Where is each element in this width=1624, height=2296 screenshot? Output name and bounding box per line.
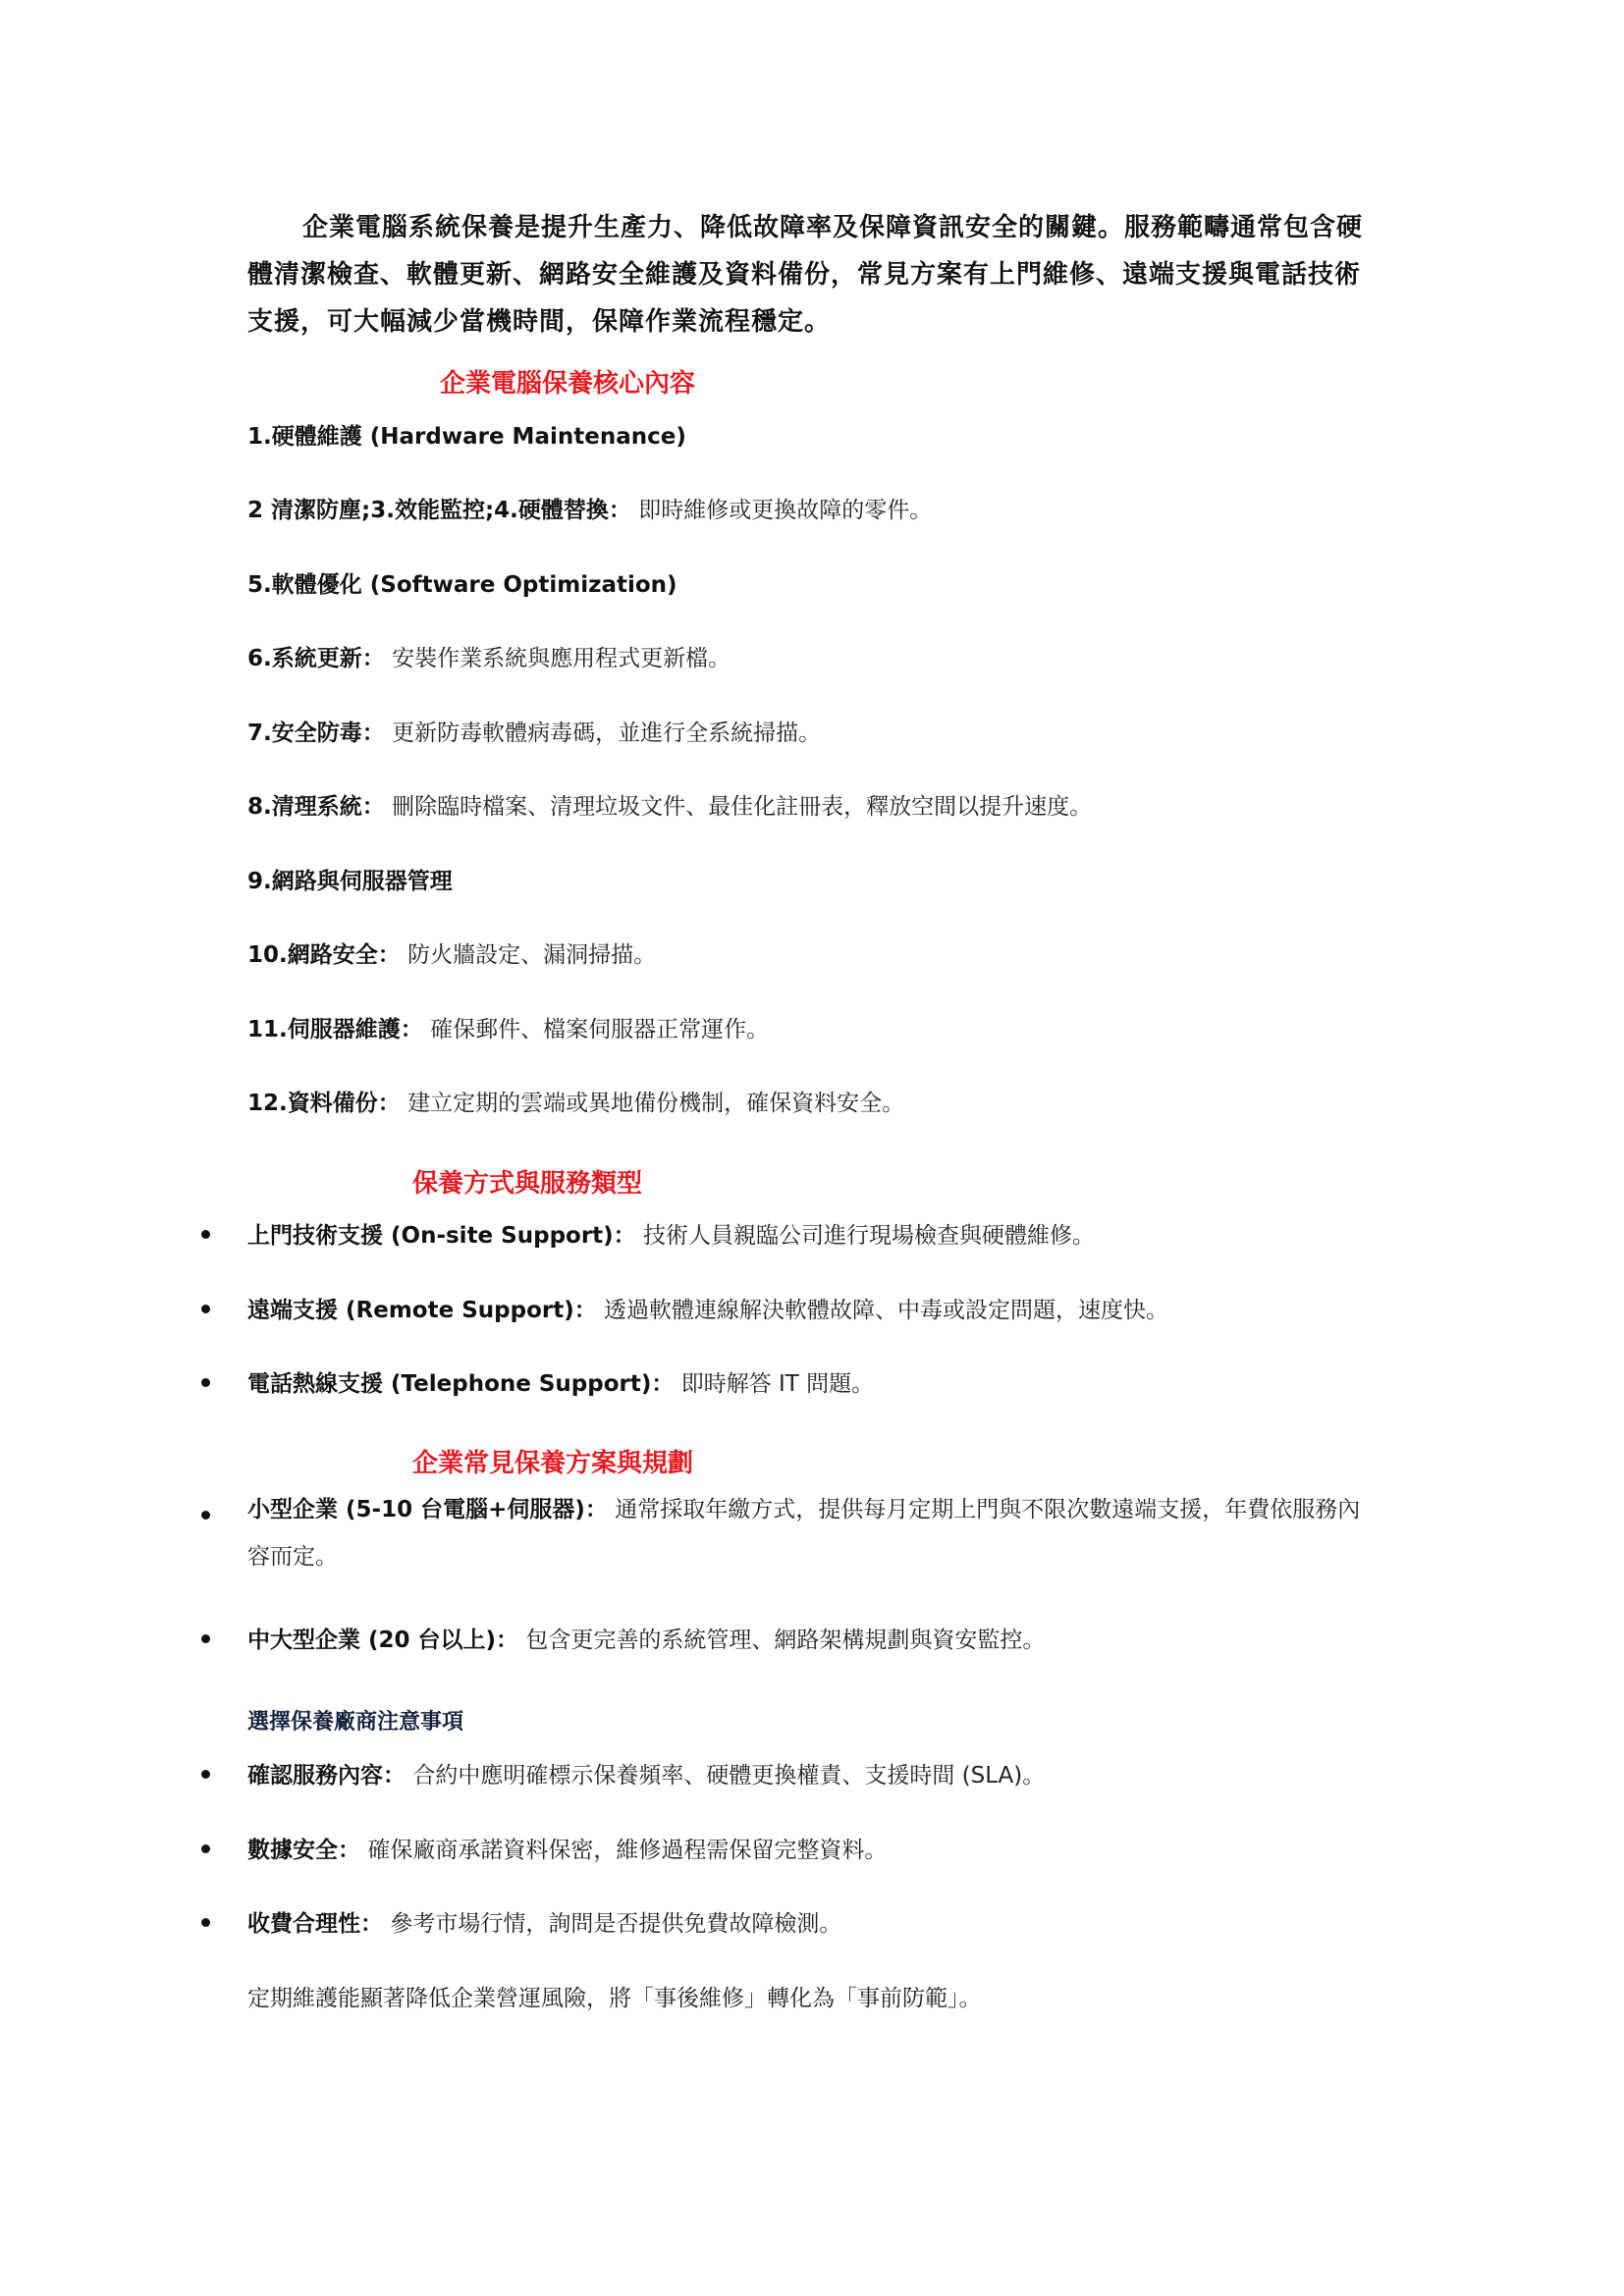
bullet-icon bbox=[201, 1230, 210, 1239]
intro-paragraph: 企業電腦系統保養是提升生產力、降低故障率及保障資訊安全的關鍵。服務範疇通常包含硬… bbox=[247, 204, 1386, 346]
service-item-onsite: 上門技術支援 (On-site Support)： 技術人員親臨公司進行現場檢查… bbox=[247, 1217, 1095, 1250]
core-item-7: 7.安全防毒： 更新防毒軟體病毒碼，並進行全系統掃描。 bbox=[247, 715, 821, 747]
bullet-icon bbox=[201, 1305, 210, 1313]
section-title-plans: 企業常見保養方案與規劃 bbox=[412, 1443, 693, 1479]
plan-item-small: 小型企業 (5-10 台電腦+伺服器)： 通常採取年繳方式，提供每月定期上門與不… bbox=[247, 1486, 1377, 1580]
bullet-icon bbox=[201, 1918, 210, 1927]
bullet-icon bbox=[201, 1511, 210, 1520]
bullet-icon bbox=[201, 1634, 210, 1643]
core-item-1: 1.硬體維護 (Hardware Maintenance) bbox=[247, 418, 686, 451]
core-item-11: 11.伺服器維護： 確保郵件、檔案伺服器正常運作。 bbox=[247, 1011, 769, 1043]
core-item-8: 8.清理系統： 刪除臨時檔案、清理垃圾文件、最佳化註冊表，釋放空間以提升速度。 bbox=[247, 788, 1092, 821]
conclusion-text: 定期維護能顯著降低企業營運風險，將「事後維修」轉化為「事前防範」。 bbox=[247, 1980, 982, 2012]
document-page: 企業電腦系統保養是提升生產力、降低故障率及保障資訊安全的關鍵。服務範疇通常包含硬… bbox=[0, 0, 1624, 2296]
core-item-2: 2 清潔防塵;3.效能監控;4.硬體替換： 即時維修或更換故障的零件。 bbox=[247, 492, 932, 524]
bullet-icon bbox=[201, 1844, 210, 1853]
core-item-6: 6.系統更新： 安裝作業系統與應用程式更新檔。 bbox=[247, 640, 731, 672]
core-item-5: 5.軟體優化 (Software Optimization) bbox=[247, 566, 677, 599]
plan-item-large: 中大型企業 (20 台以上)： 包含更完善的系統管理、網路架構規劃與資安監控。 bbox=[247, 1622, 1045, 1654]
core-item-10: 10.網路安全： 防火牆設定、漏洞掃描。 bbox=[247, 936, 656, 969]
core-item-9: 9.網路與伺服器管理 bbox=[247, 863, 453, 895]
service-item-remote: 遠端支援 (Remote Support)： 透過軟體連線解決軟體故障、中毒或設… bbox=[247, 1292, 1168, 1324]
vendor-item-pricing: 收費合理性： 參考市場行情，詢問是否提供免費故障檢測。 bbox=[247, 1905, 841, 1938]
vendor-item-service: 確認服務內容： 合約中應明確標示保養頻率、硬體更換權責、支援時間 (SLA)。 bbox=[247, 1757, 1045, 1789]
section-title-service-types: 保養方式與服務類型 bbox=[412, 1163, 642, 1200]
service-item-telephone: 電話熱線支援 (Telephone Support)： 即時解答 IT 問題。 bbox=[247, 1365, 874, 1398]
core-item-12: 12.資料備份： 建立定期的雲端或異地備份機制，確保資料安全。 bbox=[247, 1085, 904, 1117]
vendor-item-data-security: 數據安全： 確保廠商承諾資料保密，維修過程需保留完整資料。 bbox=[247, 1832, 887, 1864]
bullet-icon bbox=[201, 1378, 210, 1387]
section-title-core: 企業電腦保養核心內容 bbox=[440, 363, 695, 400]
bullet-icon bbox=[201, 1770, 210, 1779]
section-title-vendor: 選擇保養廠商注意事項 bbox=[247, 1705, 463, 1735]
